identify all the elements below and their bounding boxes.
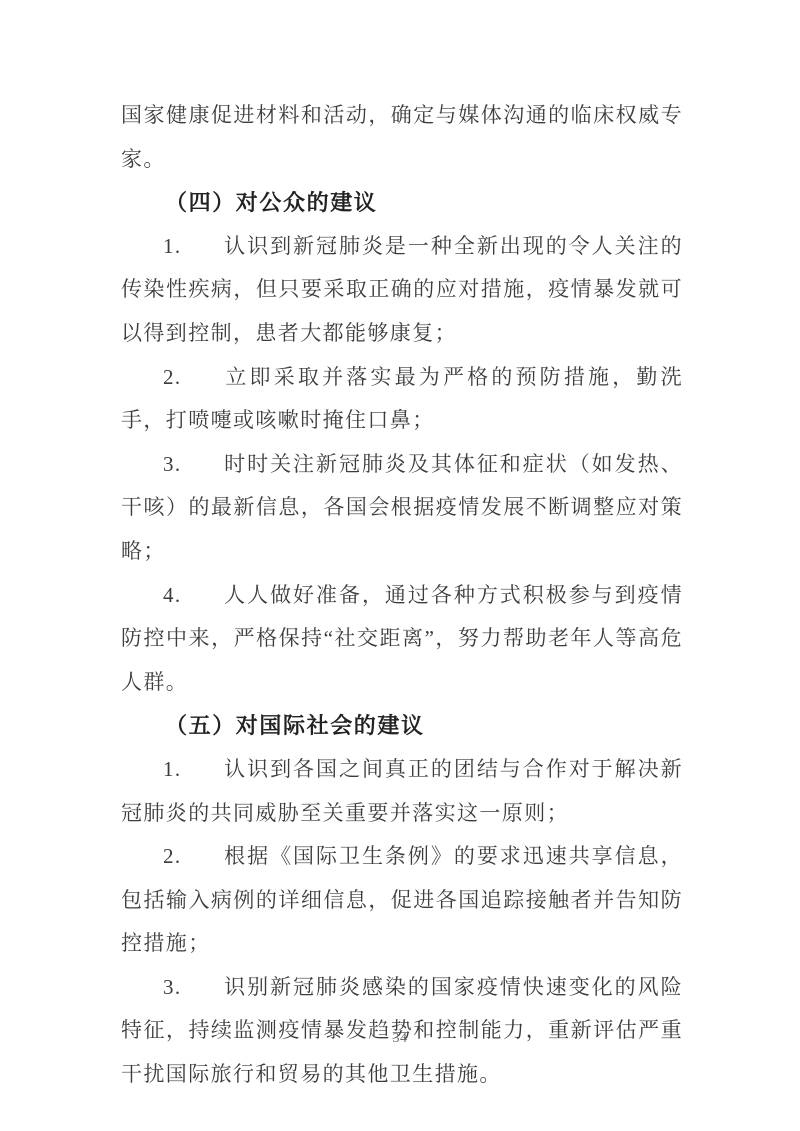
section-heading: （五）对国际社会的建议: [121, 704, 683, 748]
numbered-paragraph: 2.根据《国际卫生条例》的要求迅速共享信息，包括输入病例的详细信息，促进各国追踪…: [121, 835, 683, 966]
numbered-paragraph: 3.时时关注新冠肺炎及其体征和症状（如发热、干咳）的最新信息，各国会根据疫情发展…: [121, 443, 683, 574]
numbered-paragraph: 1.认识到各国之间真正的团结与合作对于解决新冠肺炎的共同威胁至关重要并落实这一原…: [121, 748, 683, 835]
item-number: 4.: [163, 583, 182, 607]
numbered-paragraph: 2.立即采取并落实最为严格的预防措施，勤洗手，打喷嚏或咳嗽时掩住口鼻；: [121, 356, 683, 443]
item-number: 2.: [163, 844, 182, 868]
section-heading: （四）对公众的建议: [121, 181, 683, 225]
item-number: 3.: [163, 452, 182, 476]
numbered-paragraph: 1.认识到新冠肺炎是一种全新出现的令人关注的传染性疾病，但只要采取正确的应对措施…: [121, 225, 683, 356]
numbered-paragraph: 4.人人做好准备，通过各种方式积极参与到疫情防控中来，严格保持“社交距离”，努力…: [121, 574, 683, 705]
item-number: 3.: [163, 975, 182, 999]
body-paragraph: 国家健康促进材料和活动，确定与媒体沟通的临床权威专家。: [121, 94, 683, 181]
page-number: 34: [0, 1031, 800, 1047]
item-number: 2.: [163, 365, 182, 389]
item-number: 1.: [163, 757, 182, 781]
document-page: 国家健康促进材料和活动，确定与媒体沟通的临床权威专家。（四）对公众的建议1.认识…: [0, 0, 800, 1131]
document-body: 国家健康促进材料和活动，确定与媒体沟通的临床权威专家。（四）对公众的建议1.认识…: [121, 94, 683, 1097]
item-number: 1.: [163, 234, 182, 258]
